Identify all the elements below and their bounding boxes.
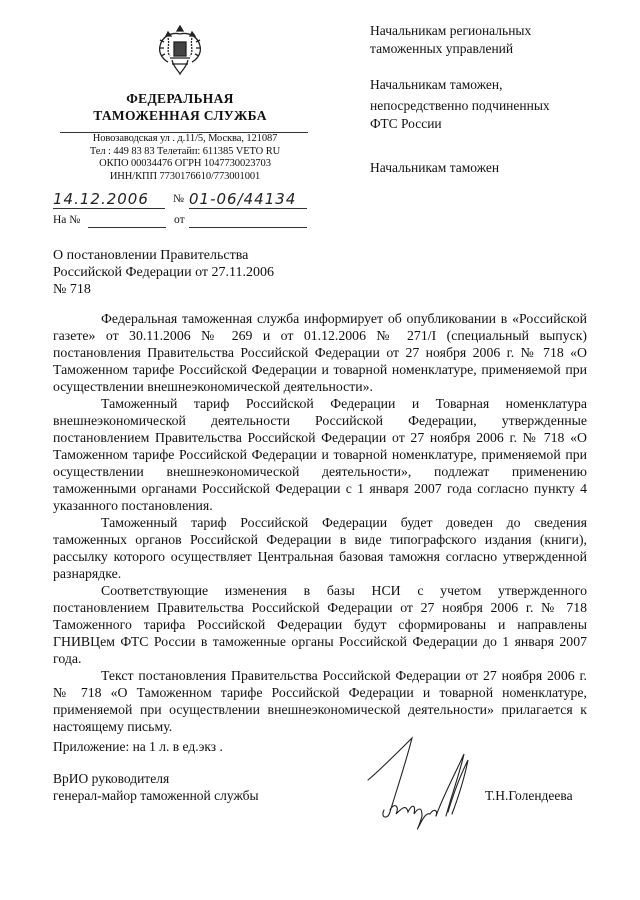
reference-date-blank xyxy=(189,227,307,228)
subject-line: О постановлении Правительства xyxy=(53,247,353,264)
reference-row: На № от xyxy=(53,214,313,232)
reference-number-label: На № xyxy=(53,214,80,226)
org-phone: Тел : 449 83 83 Телетайп: 611385 VETO RU xyxy=(60,146,310,159)
subject-line: № 718 xyxy=(53,281,353,298)
org-address: Новозаводская ул . д.11/5, Москва, 12108… xyxy=(60,133,310,146)
subject-line: Российской Федерации от 27.11.2006 xyxy=(53,264,353,281)
addressees: Начальникам региональных таможенных упра… xyxy=(370,22,630,193)
registration-number-label: № xyxy=(173,193,184,205)
body-paragraph: Федеральная таможенная служба информируе… xyxy=(53,310,587,395)
addressee-line: Начальникам региональных xyxy=(370,22,630,40)
registration-row: 14.12.2006 № 01-06/44134 xyxy=(53,190,313,210)
signer-position-line1: ВрИО руководителя xyxy=(53,770,259,787)
org-okpo-ogrn: ОКПО 00034476 ОГРН 1047730023703 xyxy=(60,158,310,171)
addressee-regional: Начальникам региональных таможенных упра… xyxy=(370,22,630,58)
addressee-customs: Начальникам таможен xyxy=(370,159,630,177)
signer-position-line2: генерал-майор таможенной службы xyxy=(53,787,259,804)
reference-number-blank xyxy=(88,227,166,228)
body-paragraph: Текст постановления Правительства Россий… xyxy=(53,667,587,735)
emblem-icon xyxy=(152,22,208,78)
letter-body: Федеральная таможенная служба информируе… xyxy=(53,310,587,735)
addressee-line: непосредственно подчиненных xyxy=(370,97,630,115)
addressee-line: Начальникам таможен xyxy=(370,159,630,177)
attachment-note: Приложение: на 1 л. в ед.экз . xyxy=(53,739,223,755)
registration-date: 14.12.2006 xyxy=(53,190,165,209)
body-paragraph: Соответствующие изменения в базы НСИ с у… xyxy=(53,582,587,667)
addressee-line: таможенных управлений xyxy=(370,40,630,58)
body-paragraph: Таможенный тариф Российской Федерации бу… xyxy=(53,514,587,582)
signer-name: Т.Н.Голендеева xyxy=(485,788,573,804)
addressee-line: Начальникам таможен, xyxy=(370,76,630,94)
org-name-line1: ФЕДЕРАЛЬНАЯ xyxy=(60,90,300,107)
org-name: ФЕДЕРАЛЬНАЯ ТАМОЖЕННАЯ СЛУЖБА xyxy=(60,90,300,124)
addressee-direct: Начальникам таможен, непосредственно под… xyxy=(370,76,630,133)
signer-position: ВрИО руководителя генерал-майор таможенн… xyxy=(53,770,259,804)
org-contacts: Новозаводская ул . д.11/5, Москва, 12108… xyxy=(60,133,310,183)
letter-subject: О постановлении Правительства Российской… xyxy=(53,247,353,298)
org-inn-kpp: ИНН/КПП 7730176610/773001001 xyxy=(60,171,310,184)
signature-icon xyxy=(360,732,480,842)
reference-from-label: от xyxy=(174,214,185,226)
addressee-line: ФТС России xyxy=(370,115,630,133)
body-paragraph: Таможенный тариф Российской Федерации и … xyxy=(53,395,587,514)
org-name-line2: ТАМОЖЕННАЯ СЛУЖБА xyxy=(60,107,300,124)
registration-number: 01-06/44134 xyxy=(189,190,307,209)
